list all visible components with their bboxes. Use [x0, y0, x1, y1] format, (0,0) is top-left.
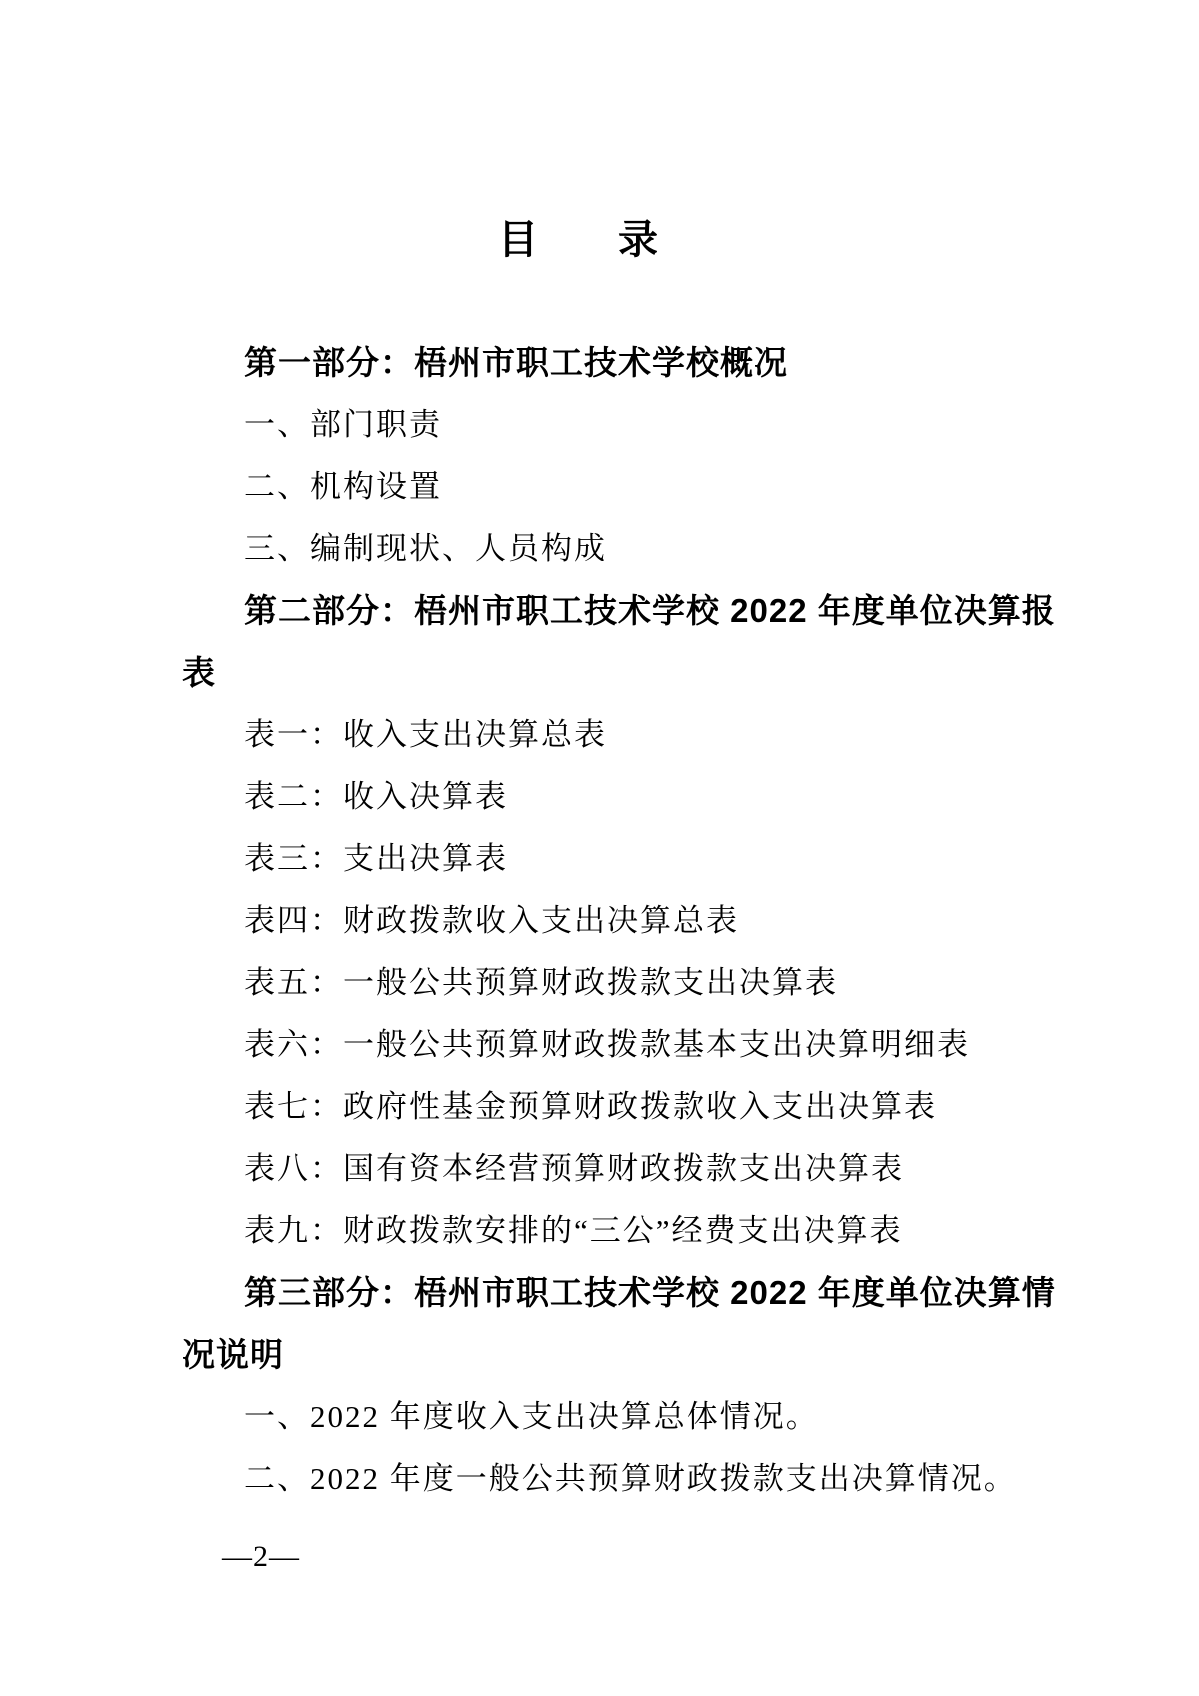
toc-item-budget-status: 二、2022 年度一般公共预算财政拨款支出决算情况。 [182, 1448, 1062, 1510]
document-page: 目 录 第一部分：梧州市职工技术学校概况 一、部门职责 二、机构设置 三、编制现… [0, 0, 1199, 1696]
toc-item-duties: 一、部门职责 [182, 394, 1062, 456]
toc-item-table2: 表二：收入决算表 [182, 766, 1062, 828]
document-title: 目 录 [138, 218, 1018, 262]
toc-item-table7: 表七：政府性基金预算财政拨款收入支出决算表 [182, 1076, 1062, 1138]
toc-item-organization: 二、机构设置 [182, 456, 1062, 518]
toc-item-staffing: 三、编制现状、人员构成 [182, 518, 1062, 580]
toc-item-overall-status: 一、2022 年度收入支出决算总体情况。 [182, 1386, 1062, 1448]
toc-heading-part1: 第一部分：梧州市职工技术学校概况 [182, 332, 1062, 394]
page-number: —2— [222, 1540, 300, 1574]
toc-item-table6: 表六：一般公共预算财政拨款基本支出决算明细表 [182, 1014, 1062, 1076]
toc-heading-part2-line2: 表 [182, 642, 1062, 704]
toc-item-table8: 表八：国有资本经营预算财政拨款支出决算表 [182, 1138, 1062, 1200]
toc-heading-part2-line1: 第二部分：梧州市职工技术学校 2022 年度单位决算报 [182, 580, 1062, 642]
toc-heading-part3-line1: 第三部分：梧州市职工技术学校 2022 年度单位决算情 [182, 1262, 1062, 1324]
toc-item-table3: 表三：支出决算表 [182, 828, 1062, 890]
toc-heading-part3-line2: 况说明 [182, 1324, 1062, 1386]
table-of-contents: 第一部分：梧州市职工技术学校概况 一、部门职责 二、机构设置 三、编制现状、人员… [182, 332, 1062, 1510]
toc-content: 目 录 第一部分：梧州市职工技术学校概况 一、部门职责 二、机构设置 三、编制现… [182, 0, 1062, 1510]
toc-item-table1: 表一：收入支出决算总表 [182, 704, 1062, 766]
toc-item-table5: 表五：一般公共预算财政拨款支出决算表 [182, 952, 1062, 1014]
toc-item-table9: 表九：财政拨款安排的“三公”经费支出决算表 [182, 1200, 1062, 1262]
toc-item-table4: 表四：财政拨款收入支出决算总表 [182, 890, 1062, 952]
